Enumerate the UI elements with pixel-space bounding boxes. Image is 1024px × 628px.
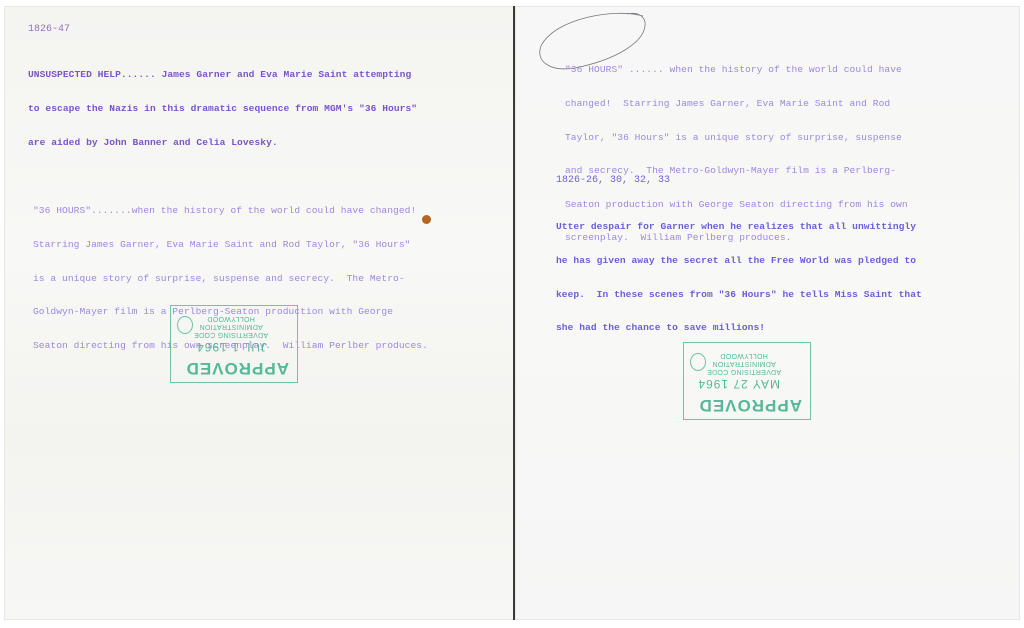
- caption-line: she had the chance to save millions!: [556, 322, 922, 333]
- stamp-org-line: ADVERTISING CODE: [191, 330, 271, 338]
- caption-text: Utter despair for Garner when he realize…: [556, 199, 922, 345]
- stamp-org-line: ADMINISTRATION: [191, 322, 271, 330]
- caption-line: keep. In these scenes from "36 Hours" he…: [556, 289, 922, 300]
- synopsis-line: "36 HOURS".......when the history of the…: [33, 205, 428, 216]
- caption-line: he has given away the secret all the Fre…: [556, 255, 922, 266]
- stamp-date: MAY 27 1964: [697, 377, 780, 391]
- stamp-org-line: HOLLYWOOD: [704, 351, 784, 359]
- stamp-status: APPROVED: [699, 395, 802, 415]
- synopsis-line: changed! Starring James Garner, Eva Mari…: [565, 98, 908, 109]
- ink-spot: [422, 215, 431, 224]
- synopsis-line: is a unique story of surprise, suspense …: [33, 273, 428, 284]
- approval-stamp: APPROVED JUL 1 1964 ADVERTISING CODE ADM…: [170, 305, 298, 383]
- synopsis-line: Taylor, "36 Hours" is a unique story of …: [565, 132, 908, 143]
- still-code: 1826-26, 30, 32, 33: [556, 175, 670, 186]
- approval-stamp: APPROVED MAY 27 1964 ADVERTISING CODE AD…: [683, 342, 811, 420]
- seal-icon: [690, 353, 706, 371]
- caption-line: UNSUSPECTED HELP...... James Garner and …: [28, 69, 417, 80]
- seal-icon: [177, 316, 193, 334]
- stamp-org-line: ADVERTISING CODE: [704, 367, 784, 375]
- stamp-status: APPROVED: [186, 358, 289, 378]
- synopsis-line: "36 HOURS" ...... when the history of th…: [565, 64, 908, 75]
- caption-text: UNSUSPECTED HELP...... James Garner and …: [28, 47, 417, 159]
- stamp-org: ADVERTISING CODE ADMINISTRATION HOLLYWOO…: [704, 351, 784, 375]
- stamp-org-line: ADMINISTRATION: [704, 359, 784, 367]
- caption-line: to escape the Nazis in this dramatic seq…: [28, 103, 417, 114]
- caption-line: are aided by John Banner and Celia Loves…: [28, 137, 417, 148]
- stamp-org: ADVERTISING CODE ADMINISTRATION HOLLYWOO…: [191, 314, 271, 338]
- still-code: 1826-47: [28, 24, 70, 35]
- page-divider: [513, 6, 515, 620]
- caption-line: Utter despair for Garner when he realize…: [556, 221, 922, 232]
- stamp-date: JUL 1 1964: [196, 340, 267, 354]
- stamp-org-line: HOLLYWOOD: [191, 314, 271, 322]
- synopsis-line: Starring James Garner, Eva Marie Saint a…: [33, 239, 428, 250]
